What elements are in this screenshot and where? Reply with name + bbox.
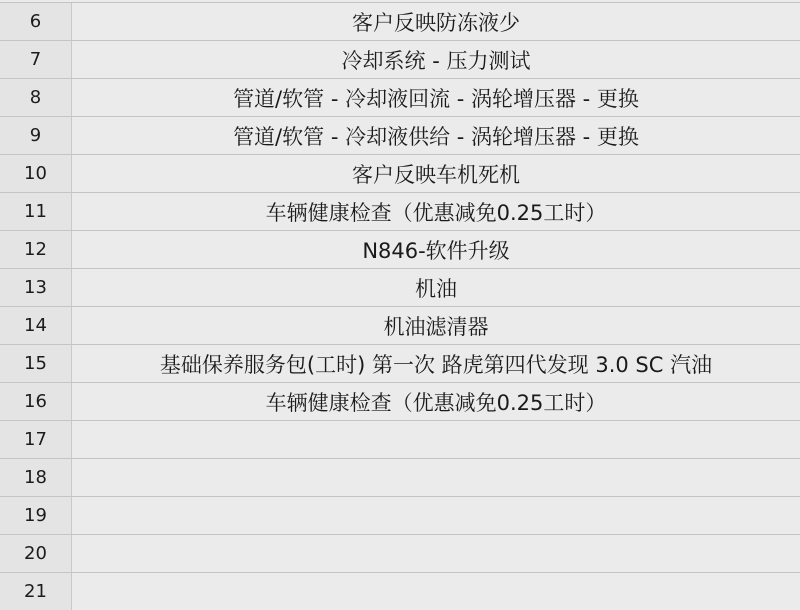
row-number[interactable]: 12 — [0, 231, 72, 268]
cell[interactable] — [72, 459, 800, 496]
table-row: 18 — [0, 458, 800, 496]
row-number[interactable]: 16 — [0, 383, 72, 420]
cell[interactable]: N846-软件升级 — [72, 231, 800, 268]
row-number[interactable]: 19 — [0, 497, 72, 534]
cell[interactable]: 客户反映防冻液少 — [72, 3, 800, 40]
table-row: 8 管道/软管 - 冷却液回流 - 涡轮增压器 - 更换 — [0, 78, 800, 116]
cell[interactable]: 管道/软管 - 冷却液供给 - 涡轮增压器 - 更换 — [72, 117, 800, 154]
row-number[interactable]: 7 — [0, 41, 72, 78]
cell[interactable]: 机油 — [72, 269, 800, 306]
row-number[interactable]: 10 — [0, 155, 72, 192]
cell[interactable] — [72, 535, 800, 572]
table-row: 11 车辆健康检查（优惠减免0.25工时） — [0, 192, 800, 230]
table-row: 14 机油滤清器 — [0, 306, 800, 344]
row-number[interactable]: 9 — [0, 117, 72, 154]
cell[interactable]: 冷却系统 - 压力测试 — [72, 41, 800, 78]
cell[interactable] — [72, 573, 800, 600]
row-number[interactable]: 18 — [0, 459, 72, 496]
row-number[interactable]: 17 — [0, 421, 72, 458]
row-number[interactable]: 13 — [0, 269, 72, 306]
table-row: 21 — [0, 572, 800, 600]
cell[interactable] — [72, 421, 800, 458]
table-row: 10 客户反映车机死机 — [0, 154, 800, 192]
cell[interactable]: 车辆健康检查（优惠减免0.25工时） — [72, 193, 800, 230]
cell[interactable]: 客户反映车机死机 — [72, 155, 800, 192]
row-number[interactable]: 6 — [0, 3, 72, 40]
row-number[interactable]: 8 — [0, 79, 72, 116]
table-row: 13 机油 — [0, 268, 800, 306]
cell[interactable]: 管道/软管 - 冷却液回流 - 涡轮增压器 - 更换 — [72, 79, 800, 116]
row-number[interactable]: 20 — [0, 535, 72, 572]
table-row: 17 — [0, 420, 800, 458]
table-row: 19 — [0, 496, 800, 534]
table-row: 7 冷却系统 - 压力测试 — [0, 40, 800, 78]
cell[interactable]: 车辆健康检查（优惠减免0.25工时） — [72, 383, 800, 420]
row-number[interactable]: 15 — [0, 345, 72, 382]
cell[interactable]: 机油滤清器 — [72, 307, 800, 344]
spreadsheet-grid: 6 客户反映防冻液少 7 冷却系统 - 压力测试 8 管道/软管 - 冷却液回流… — [0, 2, 800, 600]
table-row: 12 N846-软件升级 — [0, 230, 800, 268]
row-number[interactable]: 21 — [0, 573, 72, 600]
table-row: 6 客户反映防冻液少 — [0, 2, 800, 40]
row-number[interactable]: 11 — [0, 193, 72, 230]
table-row: 15 基础保养服务包(工时) 第一次 路虎第四代发现 3.0 SC 汽油 — [0, 344, 800, 382]
cell[interactable]: 基础保养服务包(工时) 第一次 路虎第四代发现 3.0 SC 汽油 — [72, 345, 800, 382]
table-row: 9 管道/软管 - 冷却液供给 - 涡轮增压器 - 更换 — [0, 116, 800, 154]
table-row: 20 — [0, 534, 800, 572]
table-row: 16 车辆健康检查（优惠减免0.25工时） — [0, 382, 800, 420]
row-number[interactable]: 14 — [0, 307, 72, 344]
cell[interactable] — [72, 497, 800, 534]
